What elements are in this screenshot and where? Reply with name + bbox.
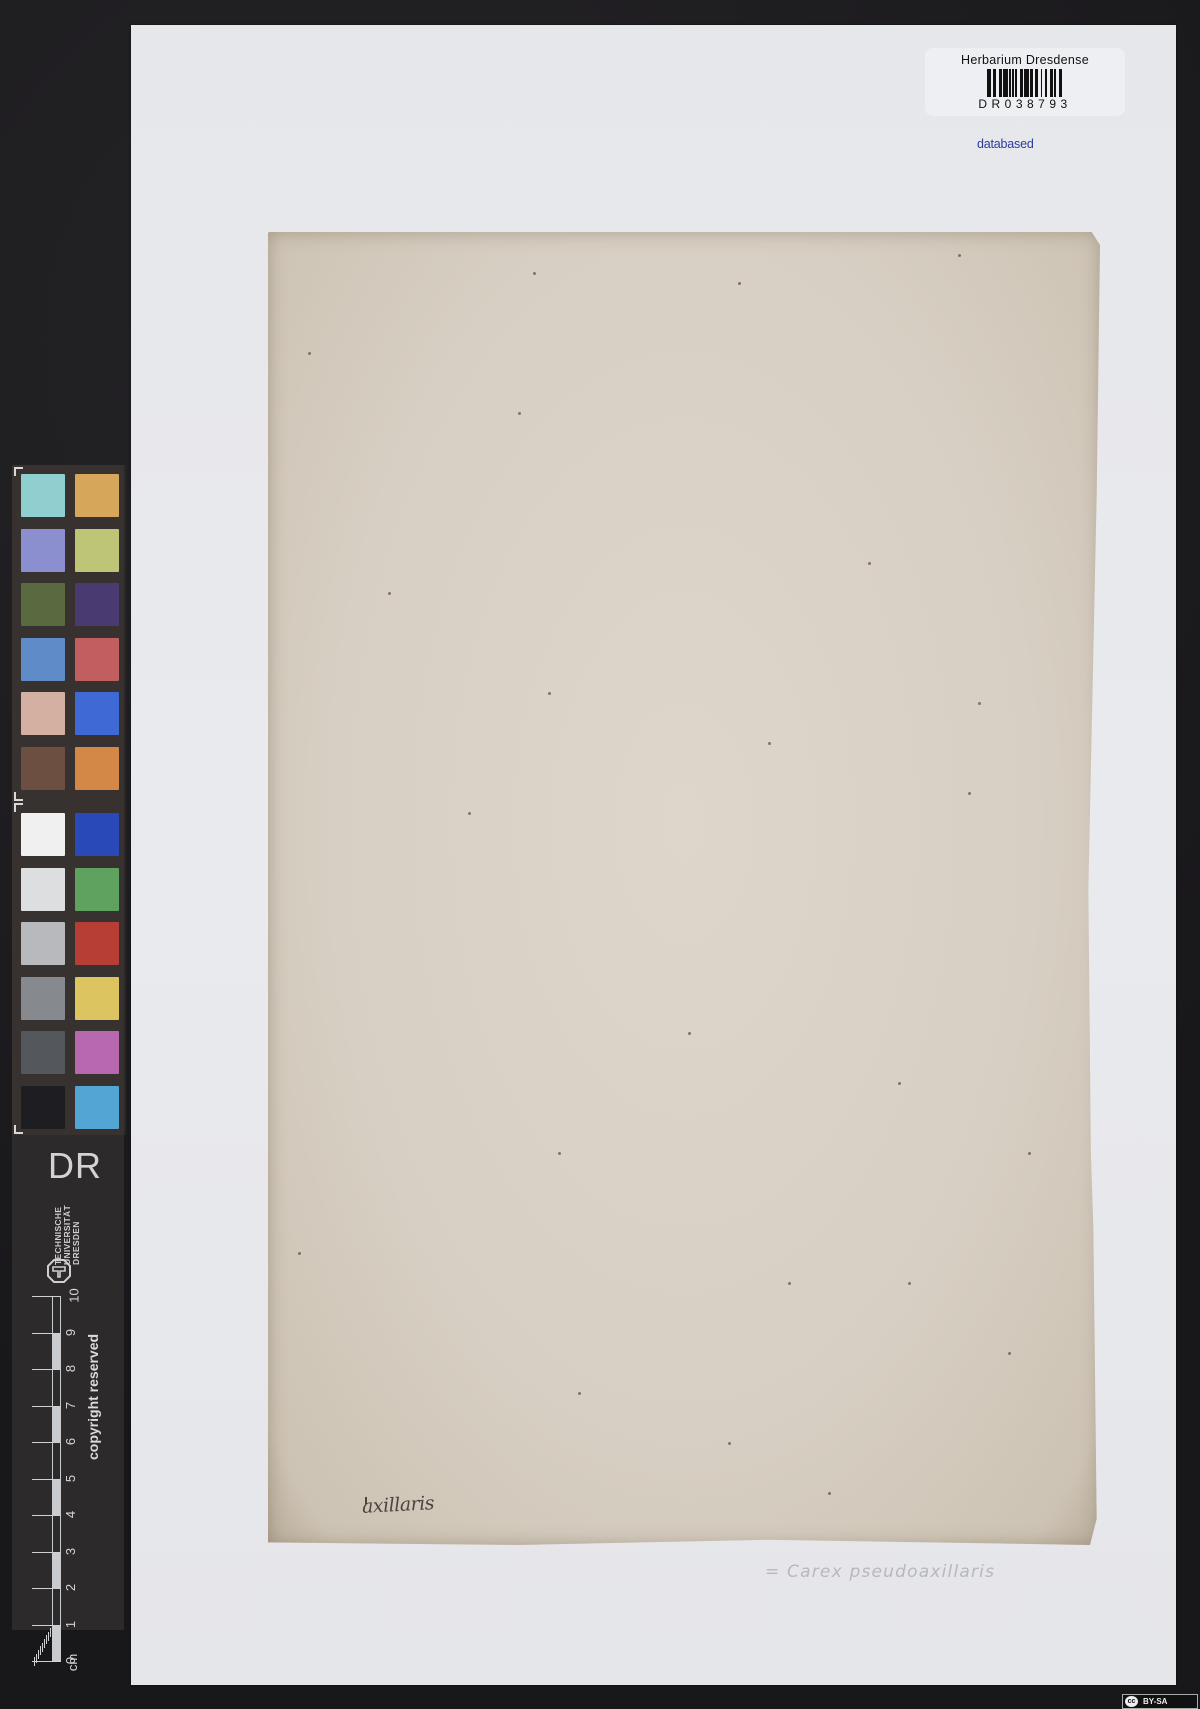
paper-speck	[298, 1252, 301, 1255]
crop-corner-icon	[14, 803, 23, 812]
color-patch	[21, 813, 65, 856]
ruler-segment	[53, 1369, 60, 1406]
university-line: DRESDEN	[72, 1175, 81, 1265]
ruler-number: 3	[63, 1547, 78, 1554]
ruler-number: 2	[63, 1584, 78, 1591]
paper-speck	[1028, 1152, 1031, 1155]
creative-commons-icon: cc	[1125, 1696, 1138, 1707]
color-patch	[21, 868, 65, 911]
ruler-segment	[53, 1588, 60, 1625]
color-patch	[21, 583, 65, 626]
paper-speck	[388, 592, 391, 595]
ruler-tick	[32, 1552, 61, 1553]
paper-speck	[738, 282, 741, 285]
barcode-icon	[987, 69, 1064, 97]
color-patch	[21, 1086, 65, 1129]
paper-speck	[768, 742, 771, 745]
ruler-segment	[53, 1442, 60, 1479]
paper-speck	[968, 792, 971, 795]
paper-speck	[688, 1032, 691, 1035]
ruler-number: 7	[63, 1401, 78, 1408]
ruler-number: 10	[67, 1288, 82, 1302]
license-badge: cc BY-SA	[1122, 1694, 1198, 1709]
ruler-mm-tick	[36, 1654, 37, 1663]
color-patch	[21, 529, 65, 572]
paper-speck	[728, 1442, 731, 1445]
ruler-tick	[32, 1406, 61, 1407]
color-patch	[21, 977, 65, 1020]
ruler-tick	[32, 1333, 61, 1334]
databased-stamp: databased	[977, 137, 1034, 151]
handwritten-axillaris: axillaris	[361, 1492, 434, 1518]
paper-speck	[978, 702, 981, 705]
color-calibration-chart	[12, 465, 126, 1135]
ruler-tick	[32, 1369, 61, 1370]
ruler-mm-tick	[46, 1635, 47, 1644]
paper-speck	[308, 352, 311, 355]
paper-speck	[548, 692, 551, 695]
paper-speck	[1008, 1352, 1011, 1355]
ruler-tick	[32, 1479, 61, 1480]
color-patch	[75, 583, 119, 626]
color-patch	[75, 638, 119, 681]
color-patch	[21, 747, 65, 790]
ruler-number: 8	[63, 1365, 78, 1372]
ruler-number: 4	[63, 1511, 78, 1518]
color-patch	[75, 813, 119, 856]
paper-speck	[868, 562, 871, 565]
ruler-number: 6	[63, 1438, 78, 1445]
color-patch	[75, 692, 119, 735]
ruler-tick	[32, 1515, 61, 1516]
ruler-number: 9	[63, 1328, 78, 1335]
paper-speck	[578, 1392, 581, 1395]
copyright-notice: copyright reserved	[85, 1334, 101, 1460]
ruler-mm-tick	[44, 1639, 45, 1648]
paper-speck	[908, 1282, 911, 1285]
color-patch	[21, 474, 65, 517]
ruler-segment	[53, 1515, 60, 1552]
color-patch	[75, 529, 119, 572]
ruler-unit: cm	[65, 1654, 80, 1671]
ruler-tick	[32, 1296, 61, 1297]
color-patch	[75, 922, 119, 965]
color-patch	[75, 474, 119, 517]
paper-speck	[958, 254, 961, 257]
paper-speck	[518, 412, 521, 415]
ruler-tick	[32, 1588, 61, 1589]
university-name: TECHNISCHE UNIVERSITÄT DRESDEN	[54, 1175, 104, 1265]
ruler-tick	[32, 1442, 61, 1443]
ruler-tick	[32, 1625, 61, 1626]
ruler-mm-tick	[48, 1632, 49, 1641]
color-patch	[21, 922, 65, 965]
paper-speck	[468, 812, 471, 815]
barcode-label: Herbarium Dresdense DR038793	[925, 48, 1125, 116]
paper-speck	[788, 1282, 791, 1285]
color-patch	[21, 638, 65, 681]
handwritten-determination: = Carex pseudoaxillaris	[765, 1562, 995, 1582]
barcode-number: DR038793	[925, 97, 1125, 111]
color-patch	[75, 977, 119, 1020]
paper-speck	[558, 1152, 561, 1155]
color-patch	[21, 1031, 65, 1074]
institution-name: Herbarium Dresdense	[925, 53, 1125, 67]
ruler-mm-tick	[34, 1657, 35, 1666]
ruler-number: 5	[63, 1474, 78, 1481]
color-patch	[75, 747, 119, 790]
paper-speck	[828, 1492, 831, 1495]
crop-corner-icon	[14, 792, 23, 801]
ruler-mm-tick	[40, 1646, 41, 1655]
institution-panel: DR TECHNISCHE UNIVERSITÄT DRESDEN copyri…	[12, 1135, 124, 1630]
ruler-mm-tick	[50, 1628, 51, 1637]
paper-speck	[898, 1082, 901, 1085]
specimen-paper	[268, 232, 1100, 1545]
tu-dresden-logo-icon	[47, 1259, 71, 1283]
color-patch	[75, 868, 119, 911]
color-patch	[75, 1031, 119, 1074]
color-patch	[21, 692, 65, 735]
ruler-mm-tick	[38, 1650, 39, 1659]
ruler-number: 1	[63, 1620, 78, 1627]
paper-speck	[533, 272, 536, 275]
ruler-segment	[53, 1296, 60, 1333]
license-text: BY-SA	[1143, 1697, 1167, 1706]
color-patch	[75, 1086, 119, 1129]
ruler-mm-tick	[42, 1643, 43, 1652]
